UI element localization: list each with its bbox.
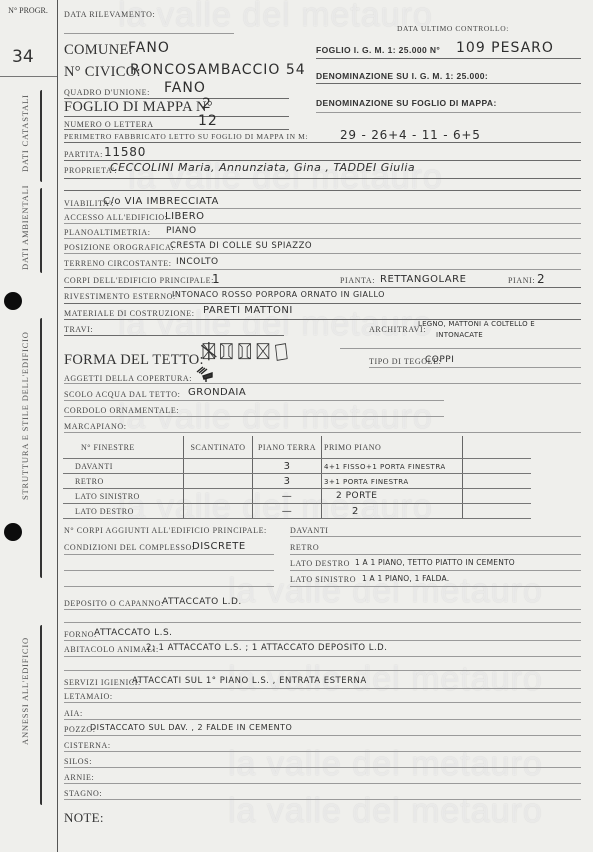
watermark: la valle del metauro (118, 0, 433, 35)
row-label: LATO SINISTRO (63, 489, 184, 504)
rule (64, 287, 581, 288)
rule (290, 536, 581, 537)
quadro-value[interactable]: FANO (164, 80, 206, 96)
cell-piano-terra[interactable]: 3 (284, 476, 291, 487)
rivestimento-label: RIVESTIMENTO ESTERNO: (64, 292, 176, 301)
roof-option-shed-icon (239, 344, 251, 359)
partita-value[interactable]: 11580 (104, 145, 146, 159)
rule (64, 719, 581, 720)
piani-value[interactable]: 2 (537, 272, 545, 286)
cell-scantinato[interactable] (184, 474, 253, 489)
rule (64, 670, 581, 671)
corpi-value[interactable]: 1 (212, 272, 220, 286)
table-row: LATO DESTRO — 2 (63, 504, 531, 519)
rule (64, 129, 289, 130)
rule (64, 142, 581, 143)
cell-scantinato[interactable] (184, 489, 253, 504)
rule (64, 688, 581, 689)
condizioni-label: CONDIZIONI DEL COMPLESSO: (64, 543, 195, 552)
posizione-label: POSIZIONE OROGRAFICA: (64, 243, 174, 252)
section-label-struttura: STRUTTURA E STILE DELL'EDIFICIO (20, 331, 30, 500)
rule (64, 609, 581, 610)
cell-piano-terra[interactable]: — (282, 491, 293, 502)
scolo-value[interactable]: GRONDAIA (188, 387, 246, 398)
architravi-value-2[interactable]: INTONACATE (436, 331, 483, 339)
rule (64, 400, 444, 401)
rule (64, 303, 581, 304)
progr-label: N° PROGR. (8, 6, 48, 15)
cell-primo-piano[interactable]: 3+1 PORTA FINESTRA (324, 478, 409, 486)
rivestimento-value[interactable]: INTONACO ROSSO PORPORA ORNATO IN GIALLO (172, 290, 385, 299)
quadro-label: QUADRO D'UNIONE: (64, 88, 150, 97)
numero-value[interactable]: 12 (198, 113, 218, 129)
roof-option-single-slope-icon (276, 344, 288, 361)
col-header-scantinato: SCANTINATO (184, 436, 253, 459)
posizione-value[interactable]: CRESTA DI COLLE SU SPIAZZO (170, 241, 312, 251)
materiale-label: MATERIALE DI COSTRUZIONE: (64, 309, 195, 318)
rule (64, 383, 581, 384)
section-label-catastali: DATI CATASTALI (20, 94, 30, 172)
igm-foglio-label: FOGLIO I. G. M. 1: 25.000 N° (316, 45, 440, 55)
section-label-annessi: ANNESSI ALL'EDIFICIO (20, 637, 30, 745)
rule (64, 335, 284, 336)
comune-value[interactable]: FANO (128, 40, 170, 56)
travi-label: TRAVI: (64, 325, 93, 334)
rule (64, 554, 274, 555)
section-label-ambientali: DATI AMBIENTALI (20, 185, 30, 270)
abitacolo-value[interactable]: 2; 1 ATTACCATO L.S. ; 1 ATTACCATO DEPOSI… (146, 643, 387, 653)
rule (64, 269, 581, 270)
cell-primo-piano[interactable]: 2 PORTE (336, 491, 377, 501)
cell-piano-terra[interactable]: — (282, 506, 293, 517)
rule (64, 116, 289, 117)
table-row: LATO SINISTRO — 2 PORTE (63, 489, 531, 504)
letamaio-label: LETAMAIO: (64, 692, 113, 701)
proprieta-value[interactable]: CECCOLINI Maria, Annunziata, Gina , TADD… (110, 161, 415, 174)
terreno-label: TERRENO CIRCOSTANTE: (64, 259, 172, 268)
binder-hole (4, 292, 22, 310)
row-label: RETRO (63, 474, 184, 489)
davanti-label: DAVANTI (290, 526, 329, 535)
rule (64, 178, 581, 179)
materiale-value[interactable]: PARETI MATTONI (203, 305, 293, 316)
cell-scantinato[interactable] (184, 504, 253, 519)
tegole-value[interactable]: COPPI (425, 355, 454, 365)
rule (64, 223, 581, 224)
col-header-extra (463, 436, 532, 459)
retro-label: RETRO (290, 543, 319, 552)
lato-sinistro-label: LATO SINISTRO (290, 575, 356, 584)
binder-hole (4, 523, 22, 541)
foglio-label: FOGLIO DI MAPPA N° (64, 99, 213, 116)
rule (64, 238, 581, 239)
arnie-label: ARNIE: (64, 773, 94, 782)
roof-option-gable-icon (221, 344, 233, 359)
section-bracket (40, 625, 45, 805)
rule (369, 367, 581, 368)
abitacolo-label: ABITACOLO ANIMALI: (64, 645, 159, 654)
stagno-label: STAGNO: (64, 789, 102, 798)
lato-destro-label: LATO DESTRO (290, 559, 350, 568)
section-bracket (40, 188, 45, 273)
rule (64, 432, 581, 433)
windows-table: N° FINESTRE SCANTINATO PIANO TERRA PRIMO… (63, 436, 531, 519)
roof-shape-options[interactable] (193, 342, 303, 362)
servizi-value[interactable]: ATTACCATI SUL 1° PIANO L.S. , ENTRATA ES… (132, 676, 367, 686)
igm-foglio-value[interactable]: 109 PESARO (456, 40, 554, 56)
row-label: LATO DESTRO (63, 504, 184, 519)
cordolo-label: CORDOLO ORNAMENTALE: (64, 406, 179, 415)
progr-divider (0, 76, 57, 77)
cell-primo-piano[interactable]: 4+1 FISSO+1 PORTA FINESTRA (324, 463, 446, 471)
accesso-label: ACCESSO ALL'EDIFICIO: (64, 213, 168, 222)
data-rilevamento-label: DATA RILEVAMENTO: (64, 10, 155, 19)
lato-destro-value[interactable]: 1 A 1 PIANO, TETTO PIATTO IN CEMENTO (355, 558, 515, 567)
progr-number: 34 (12, 47, 34, 67)
deposito-value[interactable]: ATTACCATO L.D. (162, 597, 242, 607)
rule (64, 767, 581, 768)
plano-label: PLANOALTIMETRIA: (64, 228, 151, 237)
col-header-finestre: N° FINESTRE (63, 436, 184, 459)
rule (64, 253, 581, 254)
cisterna-label: CISTERNA: (64, 741, 111, 750)
comune-label: COMUNE: (64, 42, 133, 59)
cell-extra[interactable] (463, 459, 532, 474)
eaves-sketch-icon (196, 366, 214, 382)
pianta-label: PIANTA: (340, 276, 375, 285)
deposito-label: DEPOSITO o CAPANNO: (64, 599, 164, 608)
perimetro-label: PERIMETRO FABBRICATO LETTO SU FOGLIO DI … (64, 132, 308, 141)
silos-label: SILOS: (64, 757, 92, 766)
col-header-piano-terra: PIANO TERRA (253, 436, 322, 459)
cell-extra[interactable] (463, 474, 532, 489)
section-bracket (40, 318, 45, 578)
viabilita-value[interactable]: C/o VIA IMBRECCIATA (103, 196, 219, 207)
scolo-label: SCOLO ACQUA DAL TETTO: (64, 390, 180, 399)
rule (64, 586, 274, 587)
rule (290, 586, 581, 587)
cell-primo-piano[interactable]: 2 (352, 506, 359, 517)
col-header-primo-piano: PRIMO PIANO (322, 436, 393, 459)
corpi-aggiunti-label: N° CORPI AGGIUNTI ALL'EDIFICIO PRINCIPAL… (64, 526, 267, 535)
row-label: DAVANTI (63, 459, 184, 474)
rule (316, 112, 581, 113)
cell-scantinato[interactable] (184, 459, 253, 474)
rule (290, 570, 581, 571)
pianta-value[interactable]: RETTANGOLARE (380, 274, 466, 285)
forno-value[interactable]: ATTACCATO L.S. (94, 628, 173, 638)
rule (290, 554, 581, 555)
watermark: la valle del metauro (228, 792, 543, 831)
tetto-label: FORMA DEL TETTO: (64, 352, 204, 369)
corpi-label: CORPI DELL'EDIFICIO PRINCIPALE: (64, 276, 214, 285)
rule (64, 33, 234, 34)
table-row: RETRO 3 3+1 PORTA FINESTRA (63, 474, 531, 489)
cell-extra[interactable] (463, 489, 532, 504)
plano-value[interactable]: PIANO (166, 226, 197, 236)
rule (316, 58, 581, 59)
igm-denom-label: DENOMINAZIONE SU I. G. M. 1: 25.000: (316, 71, 488, 81)
lato-sinistro-value[interactable]: 1 A 1 PIANO, 1 FALDA. (362, 574, 449, 583)
marcapiano-label: MARCAPIANO: (64, 422, 127, 431)
rule (64, 702, 581, 703)
rule (64, 190, 581, 191)
rule (64, 622, 581, 623)
numero-label: NUMERO o LETTERA (64, 120, 154, 129)
section-bracket (40, 90, 45, 182)
rule (64, 208, 581, 209)
rule (64, 783, 581, 784)
rule (316, 83, 581, 84)
servizi-label: SERVIZI IGIENICI: (64, 678, 141, 687)
cell-piano-terra[interactable]: 3 (284, 461, 291, 472)
margin-divider (57, 0, 58, 852)
aia-label: AIA: (64, 709, 83, 718)
rule (64, 735, 581, 736)
architravi-value-1[interactable]: LEGNO, MATTONI A COLTELLO E (418, 320, 535, 328)
rule (340, 348, 581, 349)
rule (64, 640, 581, 641)
table-row: DAVANTI 3 4+1 FISSO+1 PORTA FINESTRA (63, 459, 531, 474)
col-header-extra (392, 436, 463, 459)
perimetro-value[interactable]: 29 - 26+4 - 11 - 6+5 (340, 128, 481, 142)
rule (64, 416, 444, 417)
note-label: NOTE: (64, 810, 104, 826)
accesso-value[interactable]: LIBERO (165, 211, 205, 222)
cell-extra[interactable] (463, 504, 532, 519)
piani-label: PIANI: (508, 276, 535, 285)
pozzo-value[interactable]: DISTACCATO SUL DAV. , 2 FALDE IN CEMENTO (90, 723, 292, 732)
condizioni-value[interactable]: DISCRETE (192, 541, 246, 552)
forno-label: FORNO: (64, 630, 97, 639)
foglio-value[interactable]: 2 (202, 96, 212, 112)
aggetti-label: AGGETTI DELLA COPERTURA: (64, 374, 192, 383)
roof-option-pavilion-icon (257, 344, 269, 359)
survey-form-page: la valle del metauro la valle del metaur… (0, 0, 593, 852)
data-ultimo-controllo-label: DATA ULTIMO CONTROLLO: (397, 24, 509, 33)
roof-option-hip-crossed-icon (201, 342, 216, 360)
rule (64, 570, 274, 571)
mappa-denom-label: DENOMINAZIONE SU FOGLIO DI MAPPA: (316, 98, 497, 108)
civico-value[interactable]: RONCOSAMBACCIO 54 (130, 62, 306, 78)
rule (64, 656, 581, 657)
rule (64, 751, 581, 752)
terreno-value[interactable]: INCOLTO (176, 257, 219, 267)
table-header-row: N° FINESTRE SCANTINATO PIANO TERRA PRIMO… (63, 436, 531, 459)
rule (64, 799, 581, 800)
partita-label: PARTITA: (64, 150, 103, 159)
